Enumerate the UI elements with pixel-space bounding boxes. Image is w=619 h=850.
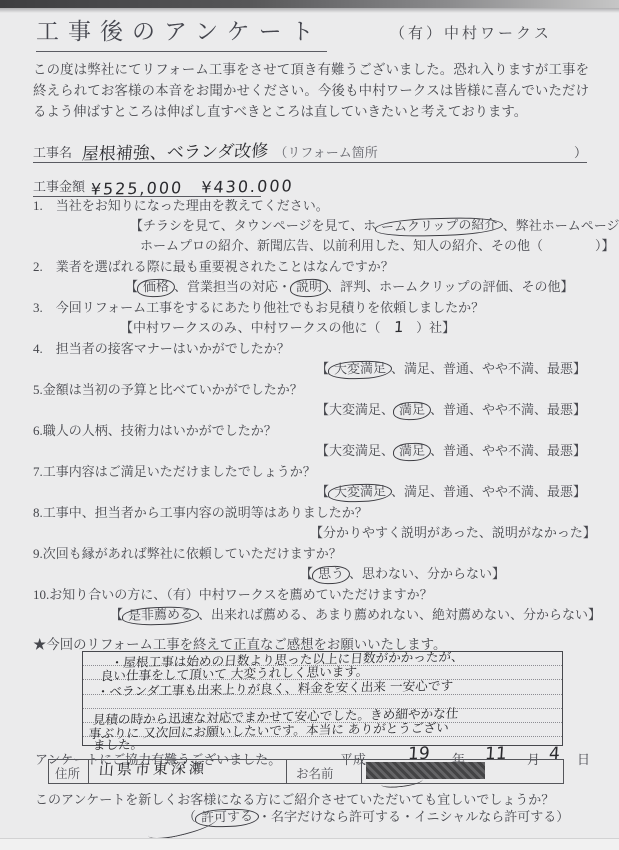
- option-text: 【中村ワークスのみ、中村ワークスの他に（: [120, 320, 394, 335]
- question-options: 【大変満足、満足、普通、やや不満、最悪】: [316, 482, 599, 502]
- project-amount-row: 工事金額 ¥525,000 ¥430.000: [33, 170, 261, 197]
- question-text: 3. 今回リフォーム工事をするにあたり他社でもお見積りを依頼しましたか？: [33, 298, 599, 318]
- circled-answer: 説明: [290, 279, 328, 298]
- option-text: 、満足、普通、やや不満、最悪】: [391, 484, 586, 499]
- question: 3. 今回リフォーム工事をするにあたり他社でもお見積りを依頼しましたか？【中村ワ…: [33, 298, 599, 338]
- question: 7.工事内容はご満足いただけましたでしょうか？【大変満足、満足、普通、やや不満、…: [33, 462, 599, 502]
- question-text: 1. 当社をお知りになった理由を教えてください。: [33, 196, 599, 216]
- question-text: 4. 担当者の接客マナーはいかがでしたか？: [33, 339, 599, 359]
- question-text: 9.次回も縁があれば弊社に依頼していただけますか？: [33, 544, 599, 564]
- table-divider: [286, 760, 287, 783]
- option-text: 、満足、普通、やや不満、最悪】: [391, 361, 586, 376]
- option-text: ホームプロの紹介、新聞広告、以前利用した、知人の紹介、その他（ ）】: [140, 238, 615, 253]
- project-amount-label: 工事金額: [33, 176, 85, 196]
- question-text: 7.工事内容はご満足いただけましたでしょうか？: [33, 462, 599, 482]
- handwritten-answer: 1: [393, 320, 404, 335]
- name-label: お名前: [296, 764, 334, 782]
- option-text: 【: [110, 607, 123, 622]
- address-label: 住所: [55, 764, 80, 782]
- intro-paragraph: この度は弊社にてリフォーム工事をさせて頂き有難うございました。恐れ入りますが工事…: [33, 60, 589, 122]
- table-divider: [361, 760, 362, 783]
- option-text: 、弊社ホームページ: [503, 218, 619, 233]
- option-text: ・名字だけなら許可する・イニシャルなら許可する）: [258, 809, 569, 824]
- option-text: 【: [316, 484, 329, 499]
- question-text: 2. 業者を選ばれる際に最も重要視されたことはなんですか？: [33, 257, 599, 277]
- comment-box: ・屋根工事は始めの日数より思った以上に日数がかかったが、良い仕事をして頂いて 大…: [82, 651, 563, 746]
- option-text: 、普通、やや不満、最悪】: [430, 402, 586, 417]
- circled-answer: 満足: [393, 443, 431, 462]
- date-day-label: 日: [577, 749, 590, 768]
- question: 2. 業者を選ばれる際に最も重要視されたことはなんですか？【価格、営業担当の対応…: [33, 257, 599, 297]
- question: 6.職人の人柄、技術力はいかがでしたか？【大変満足、満足、普通、やや不満、最悪】: [33, 421, 599, 461]
- question-options: 【是非薦める、出来れば薦める、あまり薦めれない、絶対薦めない、分からない】: [110, 605, 599, 625]
- question: 1. 当社をお知りになった理由を教えてください。【チラシを見て、タウンページを見…: [33, 196, 599, 256]
- circled-answer: 満足: [393, 402, 431, 421]
- option-text: 【: [316, 361, 329, 376]
- option-text: 【チラシを見て、タウンページを見て、ホ: [130, 218, 376, 233]
- option-text: 、出来れば薦める、あまり薦めれない、絶対薦めない、分からない】: [198, 607, 601, 622]
- question-text: 6.職人の人柄、技術力はいかがでしたか？: [33, 421, 599, 441]
- project-name-close-paren: ）: [574, 142, 587, 162]
- company-name: （有）中村ワークス: [390, 22, 552, 43]
- table-divider: [88, 760, 89, 783]
- option-text: 【大変満足、: [316, 443, 394, 458]
- question-options: 【チラシを見て、タウンページを見て、ホームクリップの紹介、弊社ホームページ: [130, 216, 599, 236]
- question: 10.お知り合いの方に、（有）中村ワークスを薦めていただけますか？【是非薦める、…: [33, 585, 599, 625]
- comment-line-row: ・ベランダ工事も出来上りが良く、料金を安く出来 一安心です: [83, 680, 562, 694]
- redacted-name-block: [366, 762, 485, 779]
- address-name-table: 住所 山県市東深瀬 お名前: [48, 759, 564, 784]
- project-name-suffix: （リフォーム箇所: [274, 142, 377, 162]
- question: 5.金額は当初の予算と比べていかがでしたか？【大変満足、満足、普通、やや不満、最…: [33, 380, 599, 420]
- question-options: 【大変満足、満足、普通、やや不満、最悪】: [316, 400, 599, 420]
- circled-answer: 思う: [312, 566, 350, 585]
- question: 9.次回も縁があれば弊社に依頼していただけますか？【思う、思わない、分からない】: [33, 544, 599, 584]
- scan-edge-top: [0, 0, 619, 8]
- project-name-row: 工事名 屋根補強、ベランダ改修 （リフォーム箇所 ）: [33, 134, 587, 163]
- option-text: 、評判、ホームクリップの評価、その他】: [327, 279, 573, 294]
- question-options: 【中村ワークスのみ、中村ワークスの他に（ 1 ）社】: [120, 318, 599, 338]
- project-name-label: 工事名: [33, 142, 72, 162]
- option-text: ）社】: [403, 320, 455, 335]
- circled-answer: 価格: [137, 279, 175, 298]
- circled-answer: 大変満足: [328, 483, 392, 503]
- question-options: 【大変満足、満足、普通、やや不満、最悪】: [316, 441, 599, 461]
- scan-edge-bottom: [0, 838, 619, 850]
- option-text: 、思わない、分からない】: [349, 566, 505, 581]
- question-options: 【思う、思わない、分からない】: [300, 564, 599, 584]
- address-handwritten: 山県市東深瀬: [98, 757, 208, 780]
- question: 4. 担当者の接客マナーはいかがでしたか？【大変満足、満足、普通、やや不満、最悪…: [33, 339, 599, 379]
- option-text: 【: [300, 566, 313, 581]
- option-text: 、営業担当の対応・: [174, 279, 291, 294]
- question-text: 10.お知り合いの方に、（有）中村ワークスを薦めていただけますか？: [33, 585, 599, 605]
- question-options: ホームプロの紹介、新聞広告、以前利用した、知人の紹介、その他（ ）】: [140, 236, 599, 256]
- question-text: 5.金額は当初の予算と比べていかがでしたか？: [33, 380, 599, 400]
- circled-answer: ームクリップの紹介: [375, 216, 504, 237]
- scanned-survey-page: 工事後のアンケート （有）中村ワークス この度は弊社にてリフォーム工事をさせて頂…: [0, 0, 619, 850]
- question: 8.工事中、担当者から工事内容の説明等はありましたか？【分かりやすく説明があった…: [33, 503, 599, 543]
- page-title: 工事後のアンケート: [36, 13, 327, 52]
- project-name-handwritten: 屋根補強、ベランダ改修: [81, 136, 269, 164]
- circled-answer: 是非薦める: [122, 606, 199, 626]
- option-text: 【: [125, 279, 138, 294]
- questions: 1. 当社をお知りになった理由を教えてください。【チラシを見て、タウンページを見…: [33, 196, 599, 655]
- permission-options: （許可する・名字だけなら許可する・イニシャルなら許可する）: [183, 806, 569, 827]
- question-text: 8.工事中、担当者から工事内容の説明等はありましたか？: [33, 503, 599, 523]
- question-options: 【価格、営業担当の対応・説明、評判、ホームクリップの評価、その他】: [125, 277, 599, 297]
- question-options: 【分かりやすく説明があった、説明がなかった】: [310, 523, 599, 543]
- option-text: 【分かりやすく説明があった、説明がなかった】: [310, 525, 596, 540]
- option-text: 、普通、やや不満、最悪】: [430, 443, 586, 458]
- comment-line-row: 事ぶりに 又次回にお願いしたいです。本当に ありがとうござい: [83, 723, 562, 737]
- option-text: 【大変満足、: [316, 402, 394, 417]
- circled-answer: 大変満足: [328, 360, 392, 380]
- question-options: 【大変満足、満足、普通、やや不満、最悪】: [316, 359, 599, 379]
- handwriting-squiggle: [381, 775, 424, 789]
